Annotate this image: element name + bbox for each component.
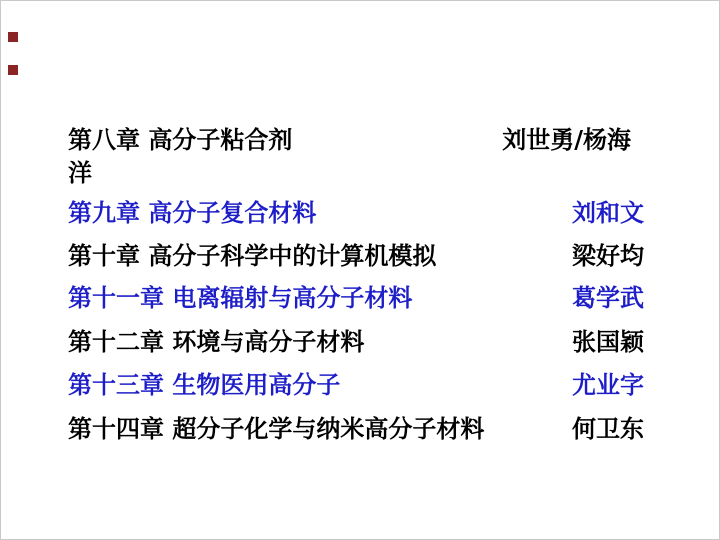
presentation-slide: 第八章 高分子粘合剂刘世勇/杨海洋第九章 高分子复合材料刘和文第十章 高分子科学… — [0, 0, 720, 540]
chapter-row: 第十四章 超分子化学与纳米高分子材料何卫东 — [68, 413, 644, 445]
chapter-title: 第八章 高分子粘合剂 — [68, 124, 292, 156]
chapter-author: 梁好均 — [572, 240, 644, 272]
chapter-row: 第九章 高分子复合材料刘和文 — [68, 197, 644, 229]
chapter-author: 刘和文 — [572, 197, 644, 229]
chapter-title: 第十三章 生物医用高分子 — [68, 369, 340, 401]
template-decor-square-1 — [8, 32, 18, 42]
chapter-author: 葛学武 — [572, 282, 644, 314]
chapter-author: 尤业字 — [572, 369, 644, 401]
chapter-title: 第十二章 环境与高分子材料 — [68, 326, 364, 358]
chapter-row: 第十章 高分子科学中的计算机模拟梁好均 — [68, 240, 644, 272]
chapter-author: 何卫东 — [572, 413, 644, 445]
chapter-title: 第十章 高分子科学中的计算机模拟 — [68, 240, 436, 272]
chapter-author: 刘世勇/杨海 — [502, 124, 631, 156]
chapter-row: 第十二章 环境与高分子材料张国颖 — [68, 326, 644, 358]
author-wrap-line: 洋 — [68, 157, 644, 189]
chapter-title: 第十四章 超分子化学与纳米高分子材料 — [68, 413, 484, 445]
chapter-row: 第十三章 生物医用高分子尤业字 — [68, 369, 644, 401]
chapter-title: 第九章 高分子复合材料 — [68, 197, 316, 229]
chapter-title: 第十一章 电离辐射与高分子材料 — [68, 282, 412, 314]
template-decor-square-2 — [8, 65, 18, 75]
chapter-author: 张国颖 — [572, 326, 644, 358]
chapter-row: 第十一章 电离辐射与高分子材料葛学武 — [68, 282, 644, 314]
chapter-row: 第八章 高分子粘合剂刘世勇/杨海 — [68, 124, 644, 156]
